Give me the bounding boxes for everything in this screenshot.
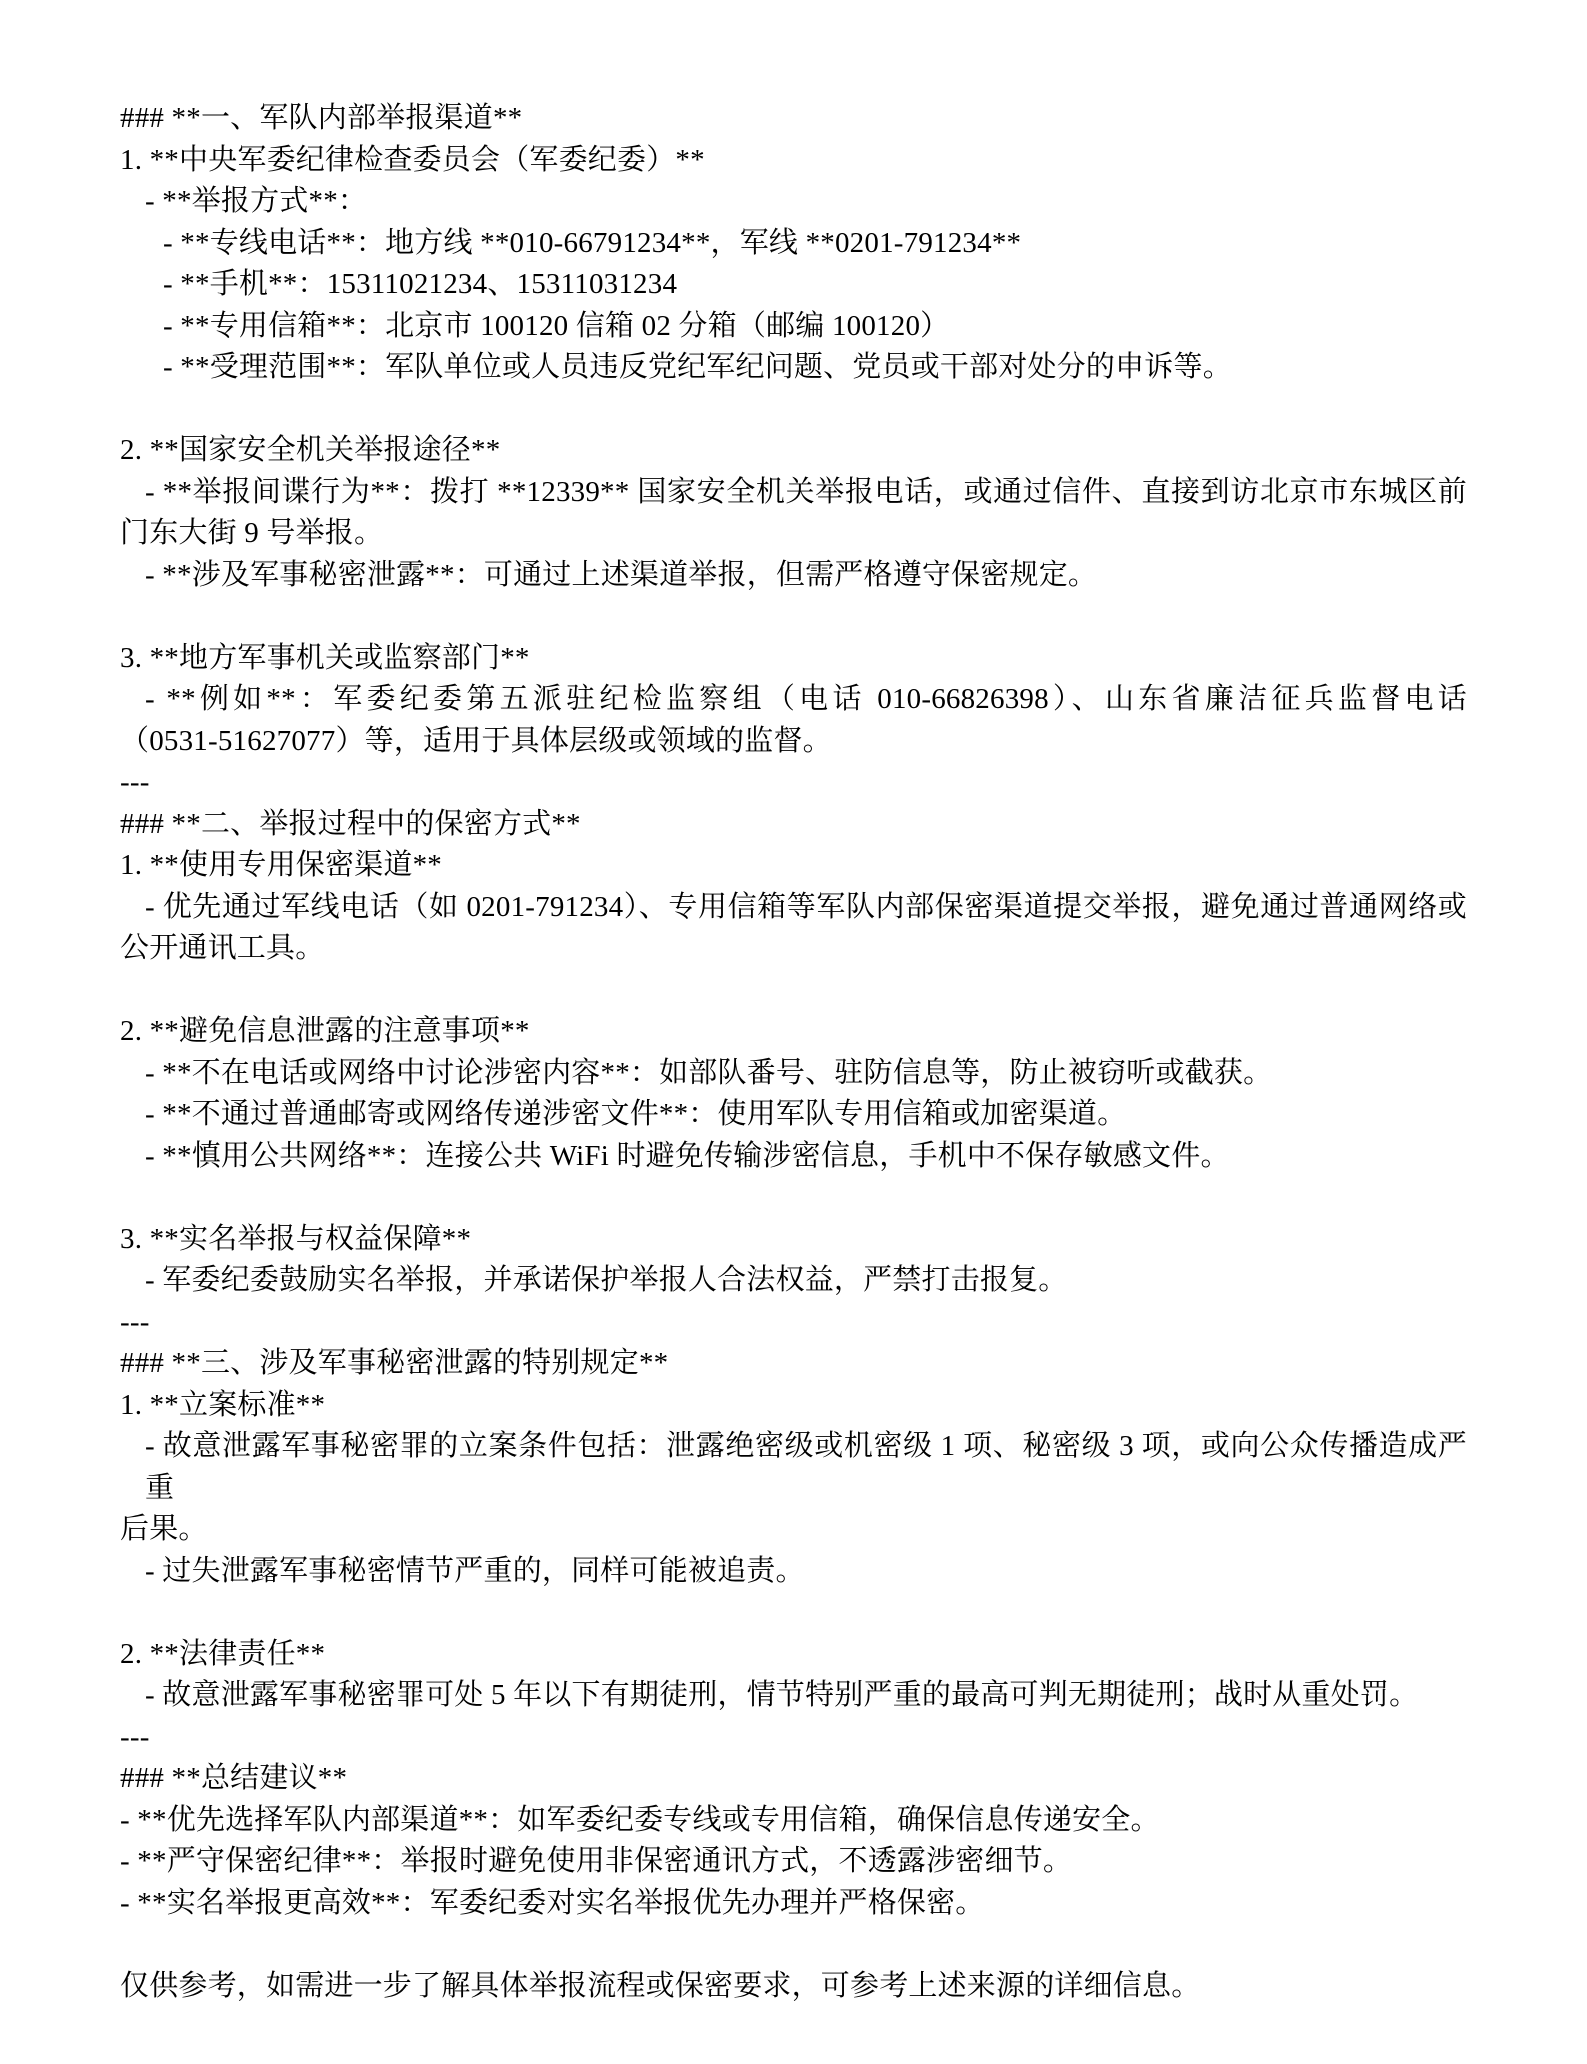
blank-line — [120, 970, 1467, 1012]
list-item-line: - **严守保密纪律**：举报时避免使用非保密通讯方式，不透露涉密细节。 — [120, 1841, 1467, 1883]
list-item-line: - 优先通过军线电话（如 0201-791234）、专用信箱等军队内部保密渠道提… — [120, 887, 1467, 929]
heading-line: ### **一、军队内部举报渠道** — [120, 98, 1467, 140]
list-item-line: - **举报方式**： — [120, 181, 1467, 223]
list-item-line: 2. **法律责任** — [120, 1634, 1467, 1676]
list-item-line: 1. **使用专用保密渠道** — [120, 845, 1467, 887]
list-item-line: - **专线电话**：地方线 **010-66791234**，军线 **020… — [120, 223, 1467, 265]
blank-line — [120, 1592, 1467, 1634]
paragraph-line: 公开通讯工具。 — [120, 928, 1467, 970]
document-page: ### **一、军队内部举报渠道**1. **中央军委纪律检查委员会（军委纪委）… — [0, 0, 1587, 2064]
list-item-line: - **不在电话或网络中讨论涉密内容**：如部队番号、驻防信息等，防止被窃听或截… — [120, 1053, 1467, 1095]
blank-line — [120, 596, 1467, 638]
list-item-line: 2. **国家安全机关举报途径** — [120, 430, 1467, 472]
divider-line: --- — [120, 762, 1467, 804]
list-item-line: - 故意泄露军事秘密罪可处 5 年以下有期徒刑，情节特别严重的最高可判无期徒刑；… — [120, 1675, 1467, 1717]
list-item-line: - **实名举报更高效**：军委纪委对实名举报优先办理并严格保密。 — [120, 1883, 1467, 1925]
list-item-line: 3. **实名举报与权益保障** — [120, 1219, 1467, 1261]
list-item-line: - **涉及军事秘密泄露**：可通过上述渠道举报，但需严格遵守保密规定。 — [120, 555, 1467, 597]
list-item-line: - **例如**：军委纪委第五派驻纪检监察组（电话 010-66826398）、… — [120, 679, 1467, 721]
paragraph-line: 仅供参考，如需进一步了解具体举报流程或保密要求，可参考上述来源的详细信息。 — [120, 1966, 1467, 2008]
blank-line — [120, 1177, 1467, 1219]
list-item-line: - **慎用公共网络**：连接公共 WiFi 时避免传输涉密信息，手机中不保存敏… — [120, 1136, 1467, 1178]
list-item-line: - 军委纪委鼓励实名举报，并承诺保护举报人合法权益，严禁打击报复。 — [120, 1260, 1467, 1302]
blank-line — [120, 1924, 1467, 1966]
paragraph-line: 后果。 — [120, 1509, 1467, 1551]
list-item-line: - **不通过普通邮寄或网络传递涉密文件**：使用军队专用信箱或加密渠道。 — [120, 1094, 1467, 1136]
list-item-line: 1. **立案标准** — [120, 1385, 1467, 1427]
divider-line: --- — [120, 1717, 1467, 1759]
paragraph-line: 门东大街 9 号举报。 — [120, 513, 1467, 555]
list-item-line: - 过失泄露军事秘密情节严重的，同样可能被追责。 — [120, 1551, 1467, 1593]
list-item-line: 1. **中央军委纪律检查委员会（军委纪委）** — [120, 140, 1467, 182]
document-content: ### **一、军队内部举报渠道**1. **中央军委纪律检查委员会（军委纪委）… — [120, 98, 1467, 2007]
list-item-line: 3. **地方军事机关或监察部门** — [120, 638, 1467, 680]
heading-line: ### **二、举报过程中的保密方式** — [120, 804, 1467, 846]
paragraph-line: （0531-51627077）等，适用于具体层级或领域的监督。 — [120, 721, 1467, 763]
list-item-line: - 故意泄露军事秘密罪的立案条件包括：泄露绝密级或机密级 1 项、秘密级 3 项… — [120, 1426, 1467, 1509]
list-item-line: - **举报间谍行为**：拨打 **12339** 国家安全机关举报电话，或通过… — [120, 472, 1467, 514]
list-item-line: - **优先选择军队内部渠道**：如军委纪委专线或专用信箱，确保信息传递安全。 — [120, 1800, 1467, 1842]
list-item-line: - **受理范围**：军队单位或人员违反党纪军纪问题、党员或干部对处分的申诉等。 — [120, 347, 1467, 389]
divider-line: --- — [120, 1302, 1467, 1344]
list-item-line: - **手机**：15311021234、15311031234 — [120, 264, 1467, 306]
heading-line: ### **总结建议** — [120, 1758, 1467, 1800]
heading-line: ### **三、涉及军事秘密泄露的特别规定** — [120, 1343, 1467, 1385]
list-item-line: - **专用信箱**：北京市 100120 信箱 02 分箱（邮编 100120… — [120, 306, 1467, 348]
blank-line — [120, 389, 1467, 431]
list-item-line: 2. **避免信息泄露的注意事项** — [120, 1011, 1467, 1053]
